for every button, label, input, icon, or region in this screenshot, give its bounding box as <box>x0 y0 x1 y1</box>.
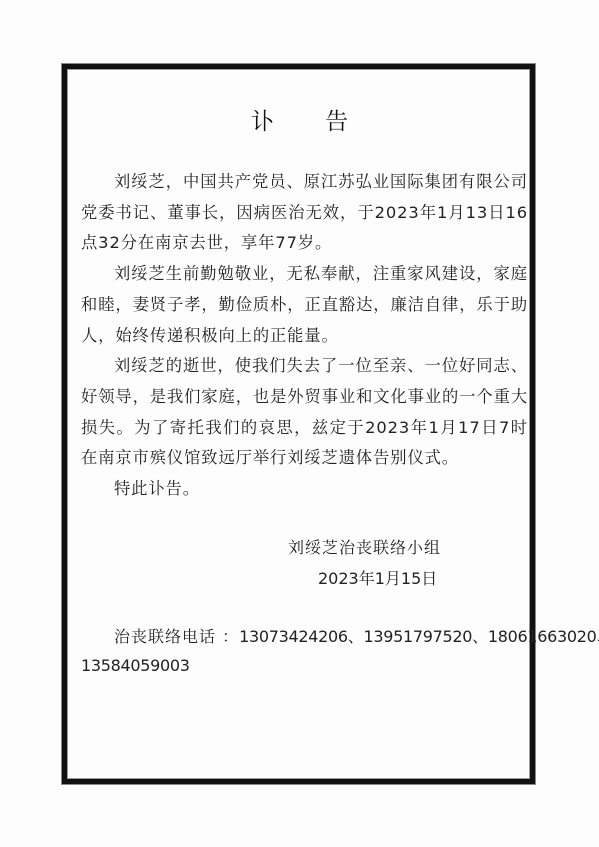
obituary-body: 刘绥芝，中国共产党员、原江苏弘业国际集团有限公司党委书记、董事长，因病医治无效，… <box>81 167 528 505</box>
phone-numbers-line-2: 13584059003 <box>81 651 531 680</box>
contact-line-1: 治丧联络电话 ：13073424206、13951797520、18061663… <box>81 622 531 651</box>
contact-phones: 治丧联络电话 ：13073424206、13951797520、18061663… <box>81 622 531 680</box>
paragraph-farewell-ceremony: 刘绥芝的逝世，使我们失去了一位至亲、一位好同志、好领导，是我们家庭，也是外贸事业… <box>81 351 528 474</box>
paragraph-closing: 特此讣告。 <box>81 474 528 505</box>
phone-numbers-line-1: 13073424206、13951797520、18061663020、 <box>239 627 599 646</box>
page-title: 讣 告 <box>0 103 599 136</box>
contact-label: 治丧联络电话 ： <box>114 627 239 646</box>
signature-organization: 刘绥芝治丧联络小组 <box>0 535 599 558</box>
paragraph-character: 刘绥芝生前勤勉敬业，无私奉献，注重家风建设，家庭和睦，妻贤子孝，勤俭质朴，正直豁… <box>81 259 528 351</box>
paragraph-death-notice: 刘绥芝，中国共产党员、原江苏弘业国际集团有限公司党委书记、董事长，因病医治无效，… <box>81 167 528 259</box>
signature-date: 2023年1月15日 <box>0 566 599 589</box>
